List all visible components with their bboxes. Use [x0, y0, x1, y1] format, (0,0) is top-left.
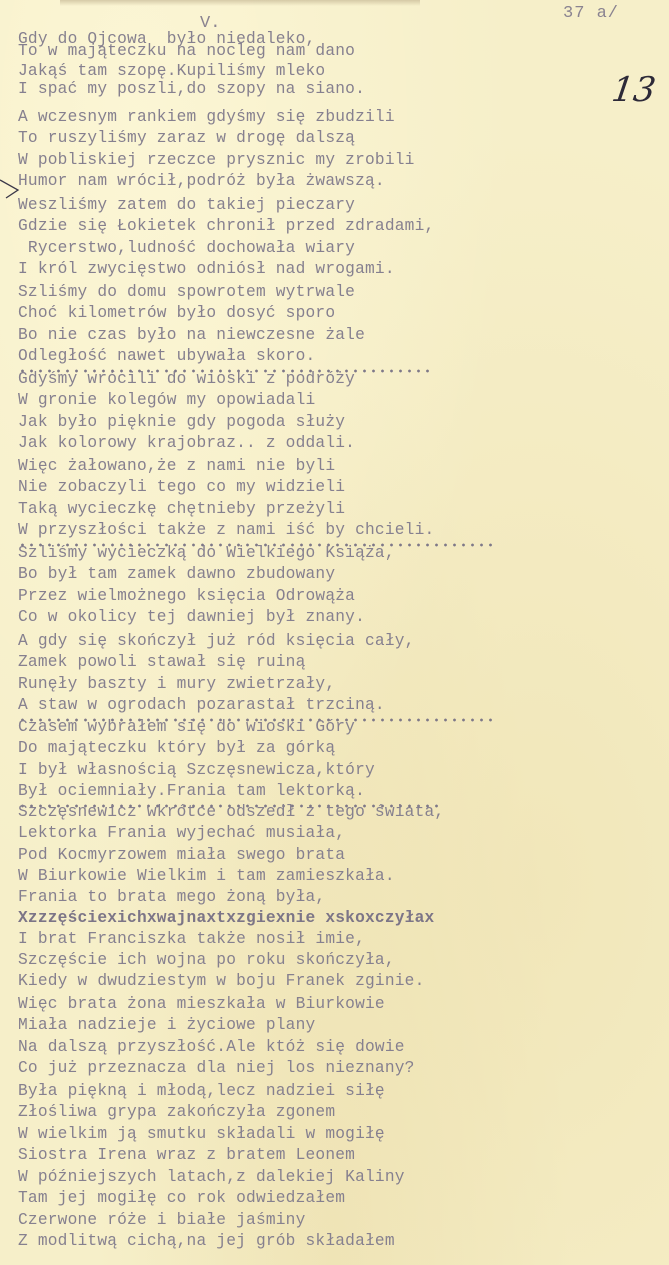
poem-line: Szczęsnewicz wkrótce odszedł z tego świa…: [18, 803, 444, 821]
poem-line: Siostra Irena wraz z bratem Leonem: [18, 1146, 355, 1164]
poem-line: To ruszyliśmy zaraz w drogę dalszą: [18, 129, 355, 147]
poem-line: Weszliśmy zatem do takiej pieczary: [18, 196, 355, 214]
poem-line: Był ociemniały.Frania tam lektorką.: [18, 782, 365, 800]
poem-line: Na dalszą przyszłość.Ale któż się dowie: [18, 1038, 405, 1056]
poem-line: Była piękną i młodą,lecz nadziei siłę: [18, 1082, 385, 1100]
poem-line: Co już przeznacza dla niej los nieznany?: [18, 1059, 415, 1077]
paper-edge-shadow: [60, 0, 420, 6]
poem-line: Więc żałowano,że z nami nie byli: [18, 457, 335, 475]
poem-line: Rycerstwo,ludność dochowała wiary: [18, 239, 355, 257]
poem-line: Bo nie czas było na niewczesne żale: [18, 326, 365, 344]
poem-line: Szczęście ich wojna po roku skończyła,: [18, 951, 395, 969]
poem-line: W wielkim ją smutku składali w mogiłę: [18, 1125, 385, 1143]
poem-line: W gronie kolegów my opowiadali: [18, 391, 315, 409]
poem-line: Czasem wybrałem się do wioski Góry: [18, 718, 355, 736]
handwritten-number: 13: [609, 70, 658, 110]
poem-line: Bo był tam zamek dawno zbudowany: [18, 565, 335, 583]
poem-line: Humor nam wrócił,podróż była żwawszą.: [18, 172, 385, 190]
poem-line: Szliśmy do domu spowrotem wytrwale: [18, 283, 355, 301]
poem-line: Tam jej mogiłę co rok odwiedzałem: [18, 1189, 345, 1207]
poem-line: Zamek powoli stawał się ruiną: [18, 653, 306, 671]
poem-line: W późniejszych latach,z dalekiej Kaliny: [18, 1168, 405, 1186]
poem-line: Jak kolorowy krajobraz.. z oddali.: [18, 434, 355, 452]
poem-line: Z modlitwą cichą,na jej grób składałem: [18, 1232, 395, 1250]
poem-line: Runęły baszty i mury zwietrzały,: [18, 675, 335, 693]
poem-line: Lektorka Frania wyjechać musiała,: [18, 824, 345, 842]
poem-line: Miała nadzieje i życiowe plany: [18, 1016, 315, 1034]
poem-line: Odległość nawet ubywała skoro.: [18, 347, 315, 365]
poem-line: Nie zobaczyli tego co my widzieli: [18, 478, 345, 496]
poem-line: W pobliskiej rzeczce prysznic my zrobili: [18, 151, 415, 169]
poem-line: W Biurkowie Wielkim i tam zamieszkała.: [18, 867, 395, 885]
poem-line: Kiedy w dwudziestym w boju Franek zginie…: [18, 972, 424, 990]
poem-line: Czerwone róże i białe jaśminy: [18, 1211, 306, 1229]
struck-out-line: Xzzzęściexichxwajnaxtxzgiexnie xskoxczył…: [18, 909, 434, 927]
poem-line: I brat Franciszka także nosił imie,: [18, 930, 365, 948]
poem-line: Szliśmy wycieczką do Wielkiego Książa,: [18, 544, 395, 562]
poem-line: Złośliwa grypa zakończyła zgonem: [18, 1103, 335, 1121]
poem-line: Gdyśmy wrócili do wioski z podróży: [18, 370, 355, 388]
poem-line: A staw w ogrodach pozarastał trzciną.: [18, 696, 385, 714]
poem-line: I był własnością Szczęsnewicza,który: [18, 761, 375, 779]
poem-line: Przez wielmożnego księcia Odrowąża: [18, 587, 355, 605]
poem-line: Jak było pięknie gdy pogoda służy: [18, 413, 345, 431]
poem-line: Więc brata żona mieszkała w Biurkowie: [18, 995, 385, 1013]
poem-line: Pod Kocmyrzowem miała swego brata: [18, 846, 345, 864]
poem-line: Frania to brata mego żoną była,: [18, 888, 325, 906]
poem-line: A wczesnym rankiem gdyśmy się zbudzili: [18, 108, 395, 126]
poem-line: Choć kilometrów było dosyć sporo: [18, 304, 335, 322]
poem-line: Gdzie się Łokietek chronił przed zdradam…: [18, 217, 434, 235]
poem-line: I spać my poszli,do szopy na siano.: [18, 80, 365, 98]
poem-line: I król zwycięstwo odniósł nad wrogami.: [18, 260, 395, 278]
poem-line: Do mająteczku który był za górką: [18, 739, 335, 757]
poem-line: W przyszłości także z nami iść by chciel…: [18, 521, 434, 539]
poem-line: To w mająteczku na nocleg nam dano: [18, 42, 355, 60]
page-number: 37 a/: [563, 4, 619, 23]
poem-line: Jakąś tam szopę.Kupiliśmy mleko: [18, 62, 325, 80]
poem-line: A gdy się skończył już ród księcia cały,: [18, 632, 415, 650]
poem-line: Taką wycieczkę chętnieby przeżyli: [18, 500, 345, 518]
poem-line: Co w okolicy tej dawniej był znany.: [18, 608, 365, 626]
typewritten-page: 37 a/ 13 V. Gdy do Ojcowa było niedaleko…: [0, 0, 669, 1265]
